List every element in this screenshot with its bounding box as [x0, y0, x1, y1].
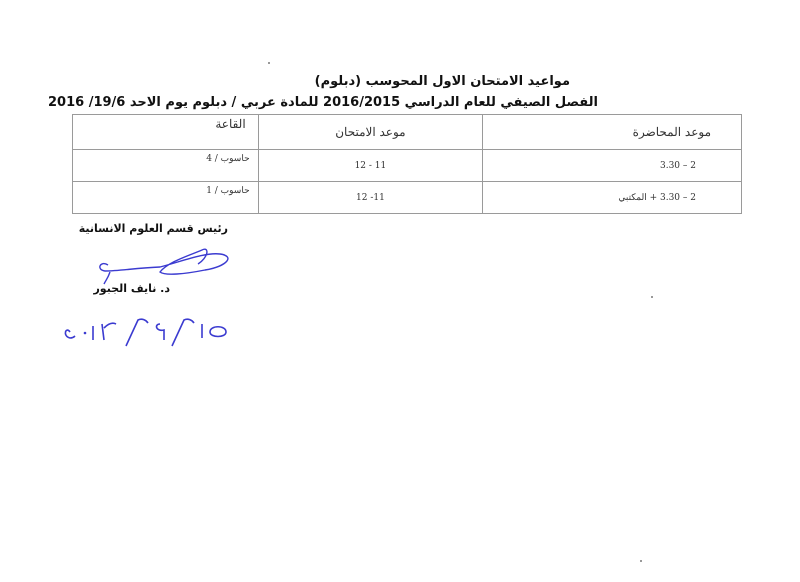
cell-room: حاسوب / 4: [73, 150, 259, 182]
document-title: مواعيد الامتحان الاول المحوسب (دبلوم): [300, 74, 570, 89]
scan-speck: [651, 296, 653, 298]
cell-room: حاسوب / 1: [73, 182, 259, 214]
cell-exam-time: 11- 12: [258, 182, 483, 214]
header-exam-time: موعد الامتحان: [258, 115, 483, 150]
cell-lecture-time: 2 – 3.30 + المكتبي: [483, 182, 742, 214]
cell-exam-time: 11 - 12: [258, 150, 483, 182]
table-row: 2 – 3.30 11 - 12 حاسوب / 4: [73, 150, 742, 182]
cell-lecture-time: 2 – 3.30: [483, 150, 742, 182]
header-room: القاعة: [73, 115, 259, 150]
signature-icon: [90, 240, 240, 285]
header-lecture-time: موعد المحاضرة: [483, 115, 742, 150]
handwritten-date: [60, 310, 230, 350]
department-head-label: رئيس قسم العلوم الانسانية: [70, 222, 228, 235]
table-header-row: موعد المحاضرة موعد الامتحان القاعة: [73, 115, 742, 150]
scan-speck: [640, 560, 642, 562]
scan-speck: [268, 62, 270, 64]
exam-schedule-table: موعد المحاضرة موعد الامتحان القاعة 2 – 3…: [72, 114, 742, 214]
table-row: 2 – 3.30 + المكتبي 11- 12 حاسوب / 1: [73, 182, 742, 214]
document-subtitle: الفصل الصيفي للعام الدراسي 2016/2015 للم…: [150, 95, 598, 110]
signer-name: د. نايف الجبور: [70, 282, 170, 295]
